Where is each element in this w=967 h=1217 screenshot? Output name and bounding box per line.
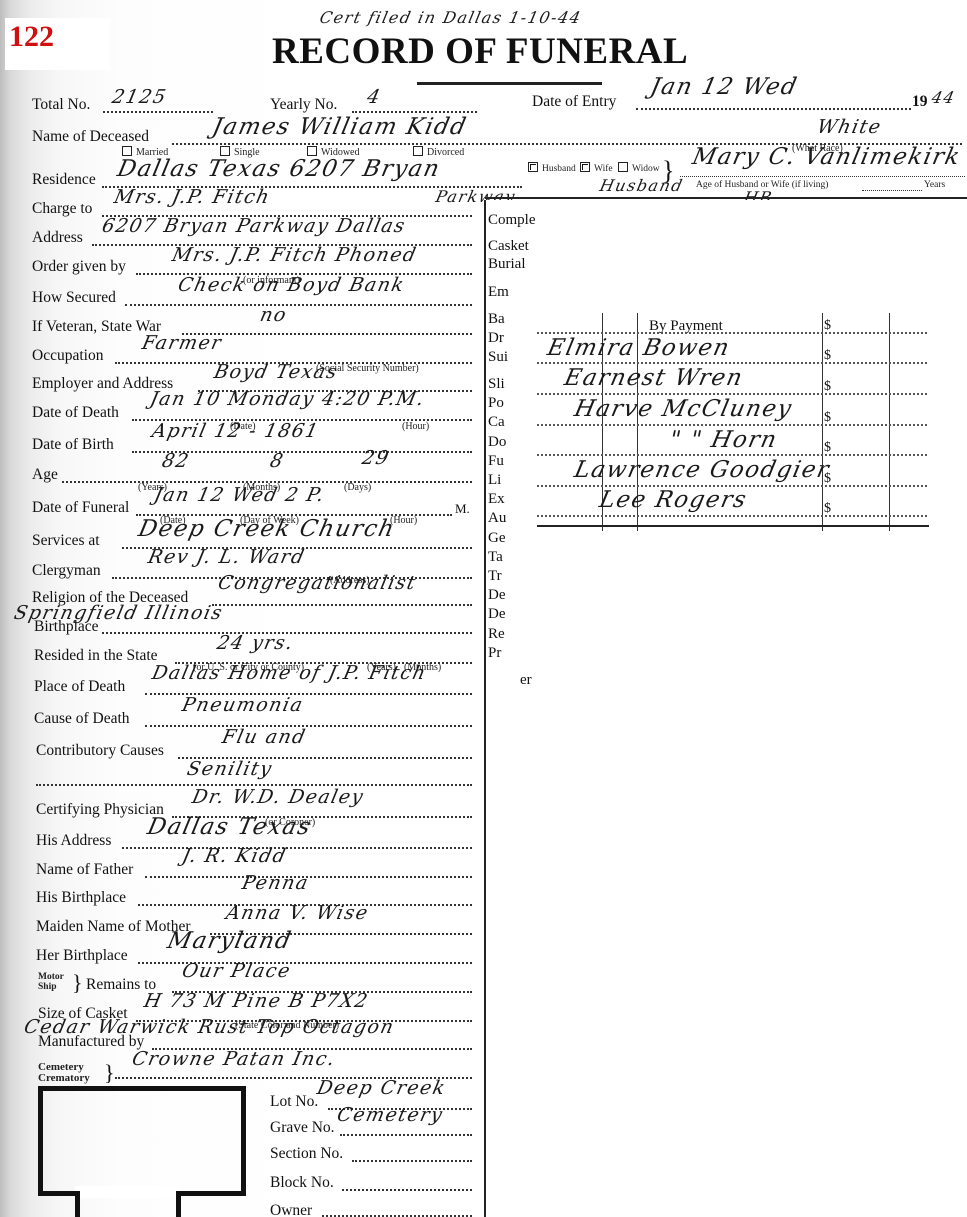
charge-label-sli: Sli xyxy=(488,376,510,393)
charge-label-ge: Ge xyxy=(488,530,510,547)
physician-address-line xyxy=(122,847,472,849)
father-birthplace-value: Penna xyxy=(240,872,311,894)
employer-value: Boyd Texas xyxy=(212,361,340,383)
contributory-continuation: Senility xyxy=(185,758,275,780)
charge-label-de2: De xyxy=(488,606,510,623)
column-divider xyxy=(484,200,486,1217)
charge-to-value: Mrs. J.P. Fitch xyxy=(112,186,273,208)
father-birthplace-label: His Birthplace xyxy=(36,889,126,907)
remains-mode-label: MotorShip xyxy=(38,972,64,992)
residence-value: Dallas Texas 6207 Bryan xyxy=(115,156,443,182)
title-underline xyxy=(417,82,602,85)
date-of-birth-value: April 12 - 1861 xyxy=(150,420,321,442)
how-secured-value: Check on Boyd Bank xyxy=(176,274,407,296)
date-of-entry-value: Jan 12 Wed xyxy=(648,74,800,100)
cause-of-death-value: Pneumonia xyxy=(180,694,306,716)
charge-label-burial: Burial xyxy=(488,256,540,273)
date-of-funeral-meridiem: M. xyxy=(455,501,470,517)
veteran-value: no xyxy=(258,304,289,326)
contributory-label: Contributory Causes xyxy=(36,742,164,760)
plot-diagram-leg xyxy=(75,1191,80,1217)
date-of-entry-label: Date of Entry xyxy=(532,93,616,111)
father-label: Name of Father xyxy=(36,861,133,879)
date-of-funeral-label: Date of Funeral xyxy=(32,499,129,517)
place-of-death-value: Dallas Home of J.P. Fitch xyxy=(150,662,429,684)
age-months-value: 8 xyxy=(268,450,286,472)
section-no-line xyxy=(352,1160,472,1162)
brace-icon: } xyxy=(72,970,83,996)
order-given-by-value: Mrs. J.P. Fitch Phoned xyxy=(170,244,419,266)
payment-name: " " Horn xyxy=(667,427,780,453)
charge-label-sui: Sui xyxy=(488,349,510,366)
clergyman-value: Rev J. L. Ward xyxy=(146,546,307,568)
dollar-sign: $ xyxy=(824,348,831,364)
charge-label-complete: Comple xyxy=(488,212,544,229)
clergyman-label: Clergyman xyxy=(32,562,101,580)
charge-label-tr: Tr xyxy=(488,568,510,585)
resided-label: Resided in the State xyxy=(34,647,158,665)
charge-label-casket: Casket xyxy=(488,238,544,255)
services-at-label: Services at xyxy=(32,532,100,550)
dollar-sign: $ xyxy=(824,410,831,426)
father-value: J. R. Kidd xyxy=(180,845,289,867)
how-secured-line xyxy=(125,304,472,306)
resided-value: 24 yrs. xyxy=(215,632,296,654)
date-of-birth-label: Date of Birth xyxy=(32,436,114,454)
physician-address-value: Dallas Texas xyxy=(145,814,314,840)
block-no-label: Block No. xyxy=(270,1174,334,1192)
yearly-no-label: Yearly No. xyxy=(270,96,337,114)
age-days-hint: (Days) xyxy=(344,482,371,493)
mother-value: Anna V. Wise xyxy=(224,902,371,924)
plot-diagram-gap xyxy=(75,1186,181,1198)
grave-no-label: Grave No. xyxy=(270,1119,335,1137)
charge-label-do: Do xyxy=(488,434,510,451)
payment-name: Harve McCluney xyxy=(572,396,795,422)
cemetery-value: Crowne Patan Inc. xyxy=(130,1048,338,1070)
charge-label-ta: Ta xyxy=(488,549,510,566)
contributory-value: Flu and xyxy=(220,726,308,748)
charge-label-au: Au xyxy=(488,510,510,527)
checkbox-husband[interactable]: Husband xyxy=(528,162,576,174)
charge-label-ba: Ba xyxy=(488,311,510,328)
owner-label: Owner xyxy=(270,1202,312,1217)
grave-no-line xyxy=(340,1134,472,1136)
funeral-record-page: 122 Cert filed in Dallas 1-10-44 RECORD … xyxy=(0,0,967,1217)
mother-birthplace-label: Her Birthplace xyxy=(36,947,128,965)
dollar-sign: $ xyxy=(824,379,831,395)
deceased-name-value: James William Kidd xyxy=(210,114,469,140)
dollar-sign: $ xyxy=(824,501,831,517)
date-of-entry-line xyxy=(636,108,911,110)
occupation-label: Occupation xyxy=(32,347,103,365)
charge-label-po: Po xyxy=(488,395,510,412)
date-of-death-value: Jan 10 Monday 4:20 P.M. xyxy=(148,388,427,410)
grave-plot-diagram xyxy=(38,1086,246,1196)
payment-row-line xyxy=(537,362,927,364)
age-label: Age xyxy=(32,466,58,484)
age-years-value: 82 xyxy=(160,450,192,472)
charge-to-label: Charge to xyxy=(32,200,92,218)
age-days-value: 29 xyxy=(360,447,392,469)
lot-no-label: Lot No. xyxy=(270,1093,318,1111)
charge-label-ca: Ca xyxy=(488,414,510,431)
date-of-entry-year-prefix: 19 xyxy=(912,93,928,111)
yearly-no-line xyxy=(352,111,477,113)
date-of-death-label: Date of Death xyxy=(32,404,119,422)
mother-label: Maiden Name of Mother xyxy=(36,918,191,936)
spouse-age-unit: Years xyxy=(924,180,945,190)
remains-to-value: Our Place xyxy=(180,960,293,982)
payment-name: Lee Rogers xyxy=(597,487,750,513)
name-of-deceased-label: Name of Deceased xyxy=(32,128,149,146)
grave-no-value: Cemetery xyxy=(335,1104,445,1126)
dollar-sign: $ xyxy=(824,318,831,334)
charge-label-re: Re xyxy=(488,626,510,643)
residence-label: Residence xyxy=(32,171,96,189)
spouse-line xyxy=(680,176,965,177)
payment-name: Earnest Wren xyxy=(562,365,746,391)
total-no-label: Total No. xyxy=(32,96,90,114)
yearly-no-value: 4 xyxy=(365,86,383,108)
charge-label-er: er xyxy=(520,672,544,689)
religion-value: Congregationalist xyxy=(216,572,419,594)
section-no-label: Section No. xyxy=(270,1145,343,1163)
place-of-death-label: Place of Death xyxy=(34,678,125,696)
block-no-line xyxy=(342,1189,472,1191)
certificate-filed-note: Cert filed in Dallas 1-10-44 xyxy=(318,8,584,27)
date-of-entry-year: 44 xyxy=(930,88,957,107)
religion-line xyxy=(212,604,472,606)
payment-table: By Payment $ $ $ $ $ $ $ Elmira Bowen Ea… xyxy=(537,313,927,531)
plot-diagram-leg xyxy=(176,1191,181,1217)
order-given-by-label: Order given by xyxy=(32,258,126,276)
physician-value: Dr. W.D. Dealey xyxy=(190,786,366,808)
race-value: White xyxy=(815,116,884,138)
veteran-label: If Veteran, State War xyxy=(32,318,161,336)
cause-of-death-label: Cause of Death xyxy=(34,710,130,728)
payment-col-line xyxy=(822,313,823,531)
spouse-name-value: Mary C. Vanlimekirk xyxy=(690,144,963,170)
payment-row-line xyxy=(537,515,927,517)
charge-label-de1: De xyxy=(488,587,510,604)
payment-total-rule xyxy=(537,525,929,527)
payment-row-line xyxy=(537,424,927,426)
how-secured-label: How Secured xyxy=(32,289,116,307)
charge-label-em: Em xyxy=(488,284,510,301)
occupation-value: Farmer xyxy=(140,332,224,354)
payment-name: Elmira Bowen xyxy=(545,335,733,361)
birthplace-value: Springfield Illinois xyxy=(12,602,225,624)
veteran-line xyxy=(182,333,472,335)
charge-label-dr: Dr xyxy=(488,330,510,347)
address-value: 6207 Bryan Parkway Dallas xyxy=(100,215,408,237)
mother-birthplace-value: Maryland xyxy=(165,928,294,954)
charge-label-pr: Pr xyxy=(488,645,510,662)
charge-label-li: Li xyxy=(488,472,510,489)
checkbox-widow[interactable]: Widow xyxy=(618,162,660,174)
address-label: Address xyxy=(32,229,83,247)
payment-col-line xyxy=(889,313,890,531)
payment-row-line xyxy=(537,393,927,395)
section-divider xyxy=(485,197,967,199)
brace-icon: } xyxy=(662,158,674,184)
spouse-age-line xyxy=(862,190,922,191)
page-number-badge: 122 xyxy=(5,18,110,70)
lot-no-value: Deep Creek xyxy=(315,1077,448,1099)
checkbox-wife[interactable]: Wife xyxy=(580,162,613,174)
physician-label: Certifying Physician xyxy=(36,801,164,819)
payment-name: Lawrence Goodgier xyxy=(572,457,832,483)
charge-label-ex: Ex xyxy=(488,491,510,508)
document-title: RECORD OF FUNERAL xyxy=(272,30,688,73)
manufactured-by-value: Cedar Warwick Rust Top Octagon xyxy=(22,1016,397,1038)
physician-address-label: His Address xyxy=(36,832,111,850)
dollar-sign: $ xyxy=(824,440,831,456)
cemetery-crematory-label: CemeteryCrematory xyxy=(38,1062,90,1084)
casket-size-value: H 73 M Pine B P7X2 xyxy=(142,990,371,1012)
date-of-death-hour-hint: (Hour) xyxy=(402,421,429,432)
brace-icon: } xyxy=(104,1060,115,1086)
total-no-value: 2125 xyxy=(110,86,169,108)
date-of-funeral-value: Jan 12 Wed 2 P. xyxy=(152,484,327,506)
payment-row-line xyxy=(537,454,927,456)
charge-label-fu: Fu xyxy=(488,453,510,470)
payment-row-line xyxy=(537,332,927,334)
total-no-line xyxy=(103,111,213,113)
services-at-value: Deep Creek Church xyxy=(136,516,398,542)
